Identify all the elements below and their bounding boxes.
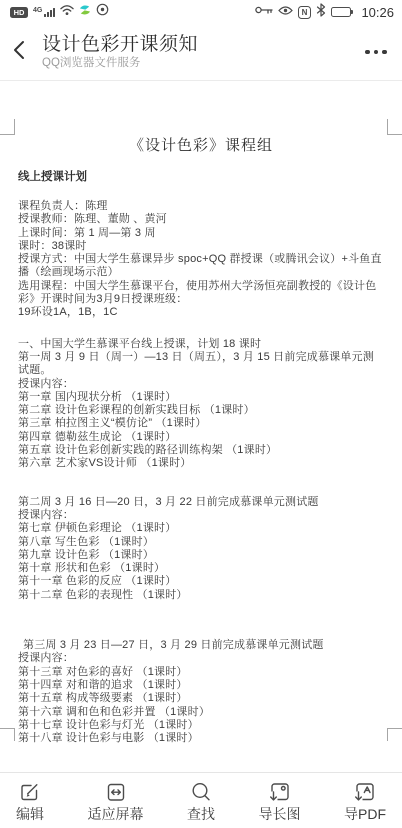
meta-line: 课时：38课时 xyxy=(18,240,384,253)
chapter-line: 第二章 设计色彩课程的创新实践目标 （1课时） xyxy=(18,404,384,417)
chapter-line: 第十二章 色彩的表现性 （1课时） xyxy=(18,589,384,602)
week1-content-label: 授课内容： xyxy=(18,378,384,391)
document-title: 《设计色彩》课程组 xyxy=(18,134,384,155)
page-subtitle: QQ浏览器文件服务 xyxy=(42,56,350,71)
meta-line: 授课教师：陈理、董勋 、黄河 xyxy=(18,213,384,226)
page-title: 设计色彩开课须知 xyxy=(42,33,350,56)
meta-line: 授课方式：中国大学生慕课异步 spoc+QQ 群授课（或腾讯会议）+斗鱼直播（绘… xyxy=(18,253,384,280)
toolbar-label: 查找 xyxy=(187,806,215,822)
chapter-line: 第十一章 色彩的反应 （1课时） xyxy=(18,575,384,588)
more-dots-icon xyxy=(365,50,370,55)
more-menu-button[interactable] xyxy=(350,24,402,80)
week2-content-label: 授课内容： xyxy=(18,509,384,522)
chapter-line: 第一章 国内现状分析 （1课时） xyxy=(18,391,384,404)
meta-line: 课程负责人：陈理 xyxy=(18,200,384,213)
edit-icon xyxy=(18,780,42,804)
week1-schedule: 第一周 3 月 9 日（周一）—13 日（周五），3 月 15 日前完成慕课单元… xyxy=(18,351,384,378)
document-page: 《设计色彩》课程组 线上授课计划 课程负责人：陈理 授课教师：陈理、董勋 、黄河… xyxy=(0,82,402,745)
chapter-line: 第十三章 对色彩的喜好 （1课时） xyxy=(18,666,384,679)
bottom-toolbar: 编辑 适应屏幕 查找 xyxy=(0,772,402,828)
export-pdf-button[interactable]: 导PDF xyxy=(344,780,386,822)
clock-time: 10:26 xyxy=(361,5,394,20)
circle-icon xyxy=(96,3,109,21)
export-long-image-button[interactable]: 导长图 xyxy=(259,780,301,822)
meta-line: 上课时间：第 1 周—第 3 周 xyxy=(18,227,384,240)
phone-screen: HD 4G xyxy=(0,0,402,828)
chapter-line: 第十七章 设计色彩与灯光 （1课时） xyxy=(18,719,384,732)
wifi-icon xyxy=(60,3,74,21)
status-right-icons: N 10:26 xyxy=(255,3,394,22)
app-header: 设计色彩开课须知 QQ浏览器文件服务 xyxy=(0,24,402,81)
meta-line: 选用课程：中国大学生慕课平台，使用苏州大学汤恒亮副教授的《设计色彩》开课时间为3… xyxy=(18,280,384,307)
fit-screen-icon xyxy=(104,780,128,804)
plan-heading: 线上授课计划 xyxy=(18,168,384,184)
toolbar-label: 导长图 xyxy=(259,806,301,822)
chapter-line: 第七章 伊顿色彩理论 （1课时） xyxy=(18,522,384,535)
chapter-line: 第十四章 对和谐的追求 （1课时） xyxy=(18,679,384,692)
header-text: 设计色彩开课须知 QQ浏览器文件服务 xyxy=(42,33,350,71)
moocs-heading: 一、中国大学生慕课平台线上授课，计划 18 课时 xyxy=(18,338,384,351)
toolbar-label: 适应屏幕 xyxy=(88,806,144,822)
hd-badge-icon: HD xyxy=(10,7,28,18)
toolbar-label: 导PDF xyxy=(344,806,386,822)
week3-content-label: 授课内容： xyxy=(18,652,384,665)
chapter-line: 第十五章 构成等级要素 （1课时） xyxy=(18,692,384,705)
signal-bars-icon: 4G xyxy=(33,8,55,17)
week2-schedule: 第二周 3 月 16 日—20 日，3 月 22 日前完成慕课单元测试题 xyxy=(18,496,384,509)
export-pdf-icon xyxy=(353,780,377,804)
chapter-line: 第十章 形状和色彩 （1课时） xyxy=(18,562,384,575)
meta-line: 19环设1A，1B，1C xyxy=(18,306,384,319)
document-viewer[interactable]: 《设计色彩》课程组 线上授课计划 课程负责人：陈理 授课教师：陈理、董勋 、黄河… xyxy=(0,82,402,772)
back-chevron-icon xyxy=(9,39,31,66)
chapter-line: 第八章 写生色彩 （1课时） xyxy=(18,536,384,549)
chapter-line: 第十六章 调和色和色彩并置 （1课时） xyxy=(18,706,384,719)
export-long-image-icon xyxy=(268,780,292,804)
chapter-line: 第四章 德勒兹生成论 （1课时） xyxy=(18,431,384,444)
eye-icon xyxy=(278,3,293,21)
edit-button[interactable]: 编辑 xyxy=(16,780,44,822)
search-icon xyxy=(189,780,213,804)
key-icon xyxy=(255,3,273,21)
status-bar: HD 4G xyxy=(0,0,402,24)
status-left-icons: HD 4G xyxy=(10,3,109,21)
chapter-line: 第三章 柏拉图主义“模仿论” （1课时） xyxy=(18,417,384,430)
back-button[interactable] xyxy=(0,24,40,80)
bluetooth-icon xyxy=(316,3,326,22)
app-notification-icon xyxy=(79,3,91,21)
search-button[interactable]: 查找 xyxy=(187,780,215,822)
battery-icon xyxy=(331,7,354,18)
fit-screen-button[interactable]: 适应屏幕 xyxy=(88,780,144,822)
chapter-line: 第九章 设计色彩 （1课时） xyxy=(18,549,384,562)
nfc-icon: N xyxy=(298,6,311,19)
toolbar-label: 编辑 xyxy=(16,806,44,822)
network-type-label: 4G xyxy=(33,7,42,14)
chapter-line: 第五章 设计色彩创新实践的路径训练构架 （1课时） xyxy=(18,444,384,457)
chapter-line: 第六章 艺术家VS设计师 （1课时） xyxy=(18,457,384,470)
week3-schedule: 第三周 3 月 23 日—27 日，3 月 29 日前完成慕课单元测试题 xyxy=(18,639,384,652)
chapter-line: 第十八章 设计色彩与电影 （1课时） xyxy=(18,732,384,745)
